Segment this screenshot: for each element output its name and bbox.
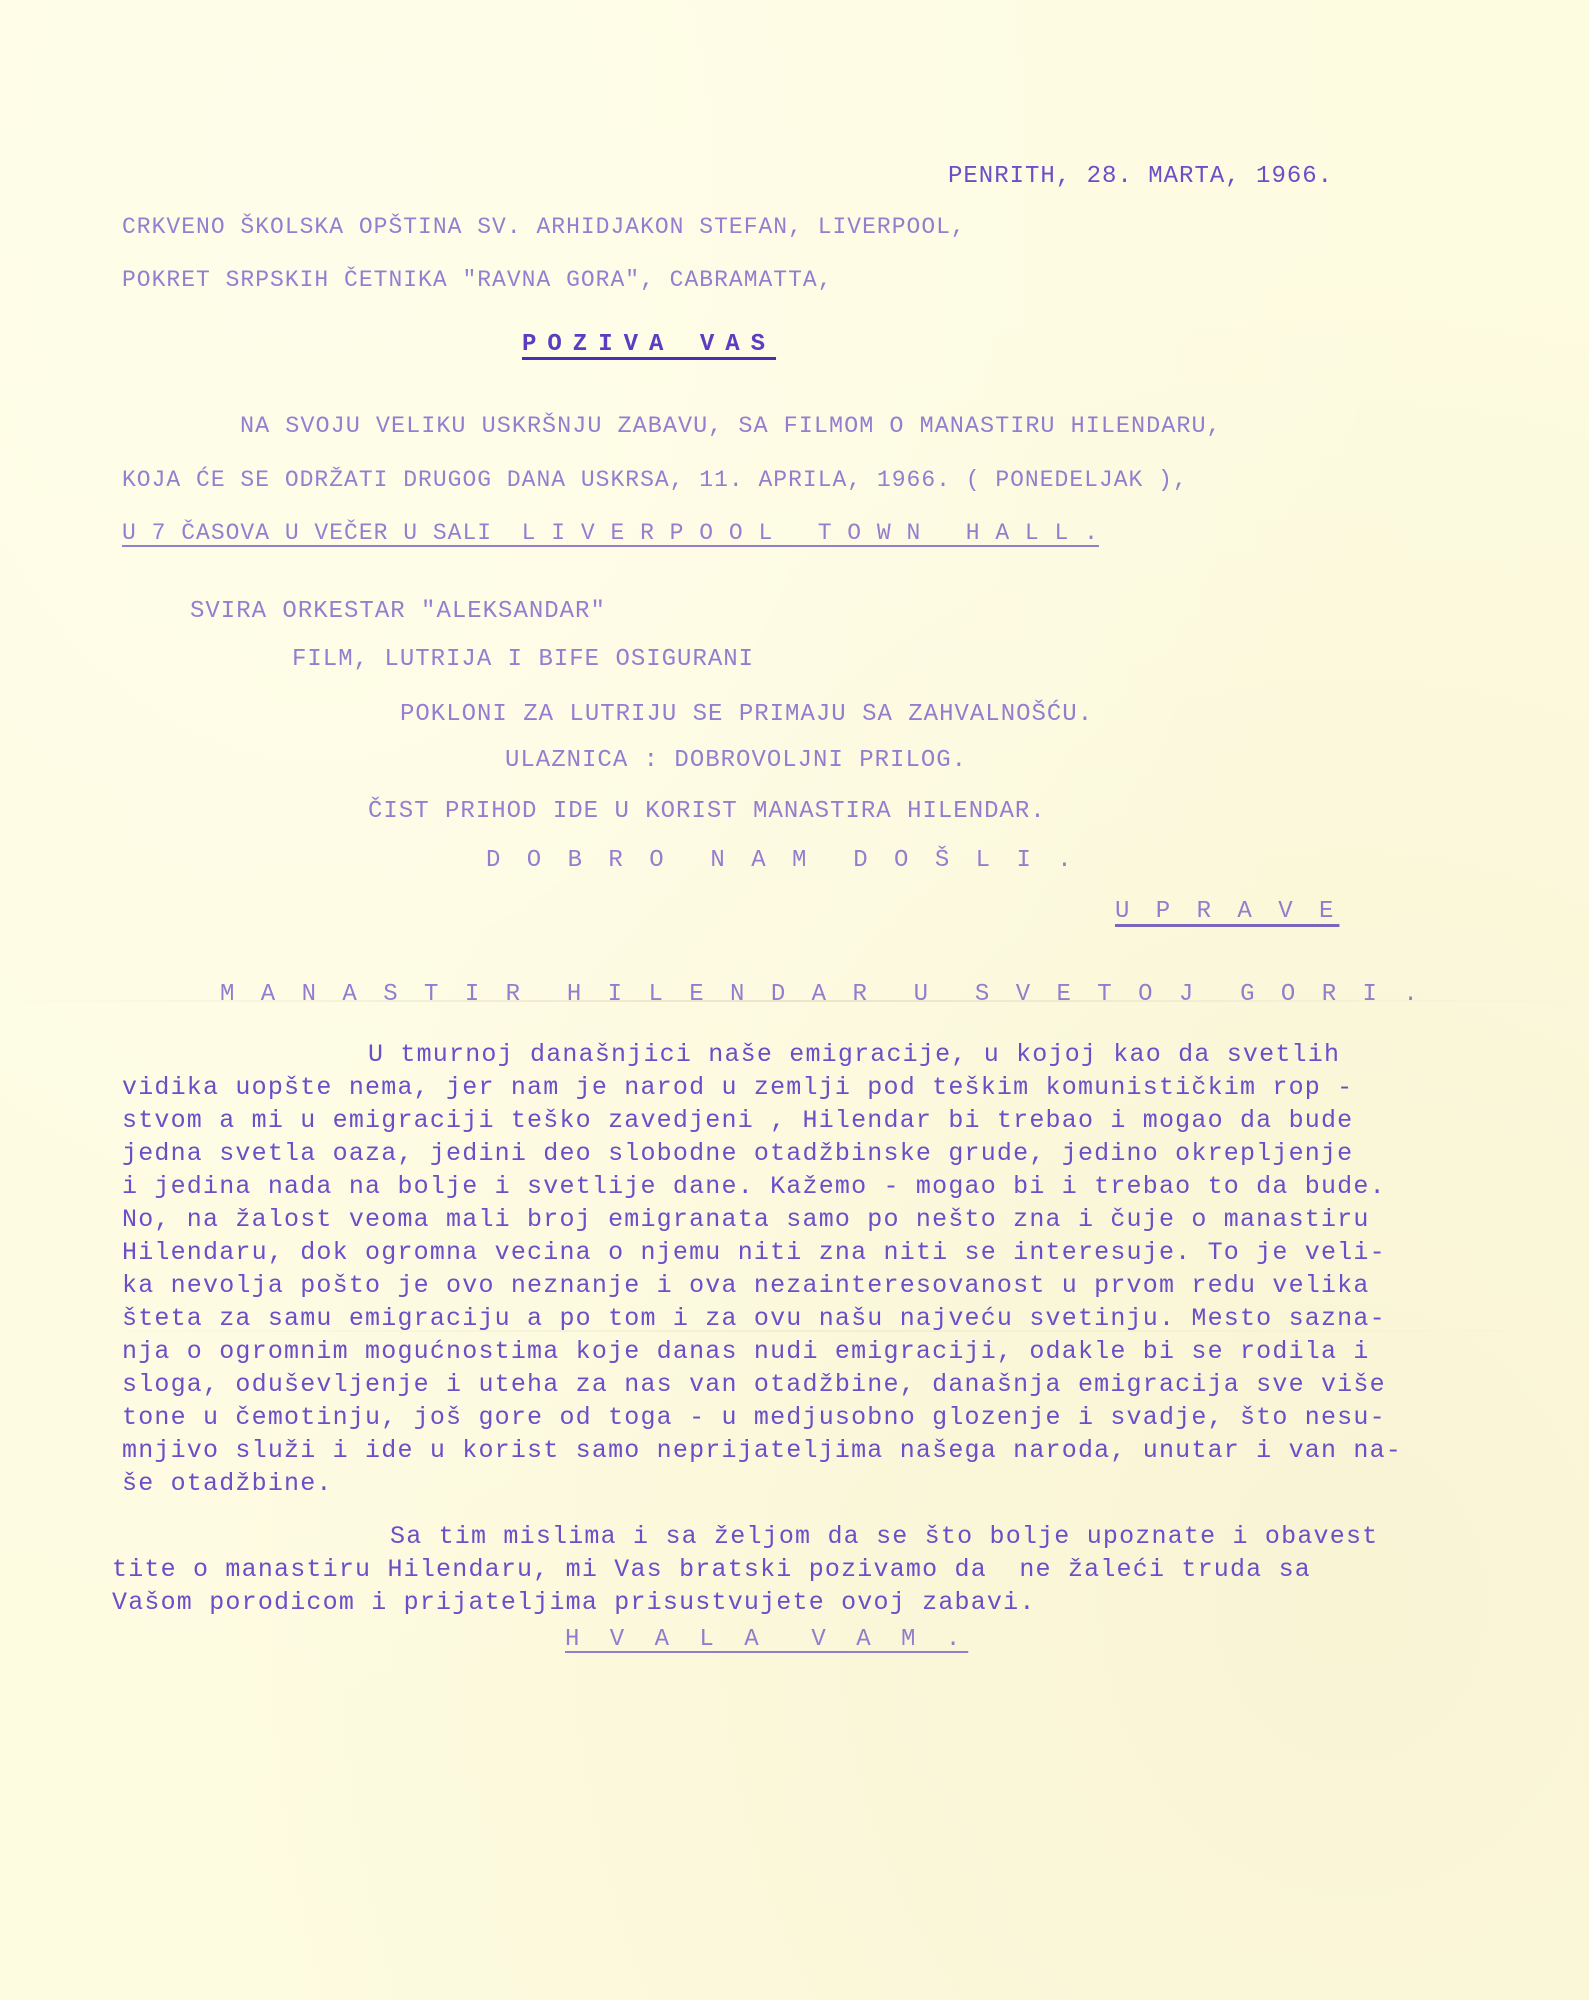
p2-line-2: tite o manastiru Hilendaru, mi Vas brats… [112, 1555, 1311, 1585]
p1-line-12: tone u čemotinju, još gore od toga - u m… [122, 1403, 1386, 1433]
detail-ticket: ULAZNICA : DOBROVOLJNI PRILOG. [505, 746, 967, 776]
invite-heading: POZIVA VAS [522, 330, 776, 360]
p1-line-8: ka nevolja pošto je ovo neznanje i ova n… [122, 1271, 1370, 1301]
p2-line-3: Vašom porodicom i prijateljima prisustvu… [112, 1588, 1036, 1618]
p1-line-7: Hilendaru, dok ogromna vecina o njemu ni… [122, 1238, 1386, 1268]
p1-line-1: U tmurnoj današnjici naše emigracije, u … [368, 1040, 1340, 1070]
detail-film-lottery: FILM, LUTRIJA I BIFE OSIGURANI [292, 645, 754, 675]
p1-line-10: nja o ogromnim mogućnostima koje danas n… [122, 1337, 1370, 1367]
p1-line-3: stvom a mi u emigraciji teško zavedjeni … [122, 1106, 1353, 1136]
detail-proceeds: ČIST PRIHOD IDE U KORIST MANASTIRA HILEN… [368, 797, 1046, 827]
organizer-line-1: CRKVENO ŠKOLSKA OPŠTINA SV. ARHIDJAKON S… [122, 212, 966, 242]
welcome-line: D O B R O N A M D O Š L I . [486, 846, 1078, 876]
detail-gifts: POKLONI ZA LUTRIJU SE PRIMAJU SA ZAHVALN… [400, 700, 1093, 730]
p1-line-11: sloga, oduševljenje i uteha za nas van o… [122, 1370, 1386, 1400]
closing-thanks: H V A L A V A M . [565, 1625, 968, 1655]
p2-line-1: Sa tim mislima i sa željom da se što bol… [390, 1522, 1378, 1552]
p1-line-4: jedna svetla oaza, jedini deo slobodne o… [122, 1139, 1353, 1169]
article-title: M A N A S T I R H I L E N D A R U S V E … [220, 980, 1424, 1010]
p1-line-14: še otadžbine. [122, 1469, 333, 1499]
event-line-2: KOJA ĆE SE ODRŽATI DRUGOG DANA USKRSA, 1… [122, 465, 1188, 495]
p1-line-9: šteta za samu emigraciju a po tom i za o… [122, 1304, 1386, 1334]
p1-line-5: i jedina nada na bolje i svetlije dane. … [122, 1172, 1386, 1202]
p1-line-13: mnjivo služi i ide u korist samo neprija… [122, 1436, 1402, 1466]
event-line-3: U 7 ČASOVA U VEČER U SALI L I V E R P O … [122, 518, 1099, 548]
p1-line-6: No, na žalost veoma mali broj emigranata… [122, 1205, 1370, 1235]
detail-orchestra: SVIRA ORKESTAR "ALEKSANDAR" [190, 597, 606, 627]
p1-line-2: vidika uopšte nema, jer nam je narod u z… [122, 1073, 1353, 1103]
date-line: PENRITH, 28. MARTA, 1966. [948, 162, 1333, 192]
event-line-1: NA SVOJU VELIKU USKRŠNJU ZABAVU, SA FILM… [240, 412, 1222, 442]
organizer-line-2: POKRET SRPSKIH ČETNIKA "RAVNA GORA", CAB… [122, 265, 833, 295]
signature-upravE: U P R A V E [1115, 897, 1339, 927]
